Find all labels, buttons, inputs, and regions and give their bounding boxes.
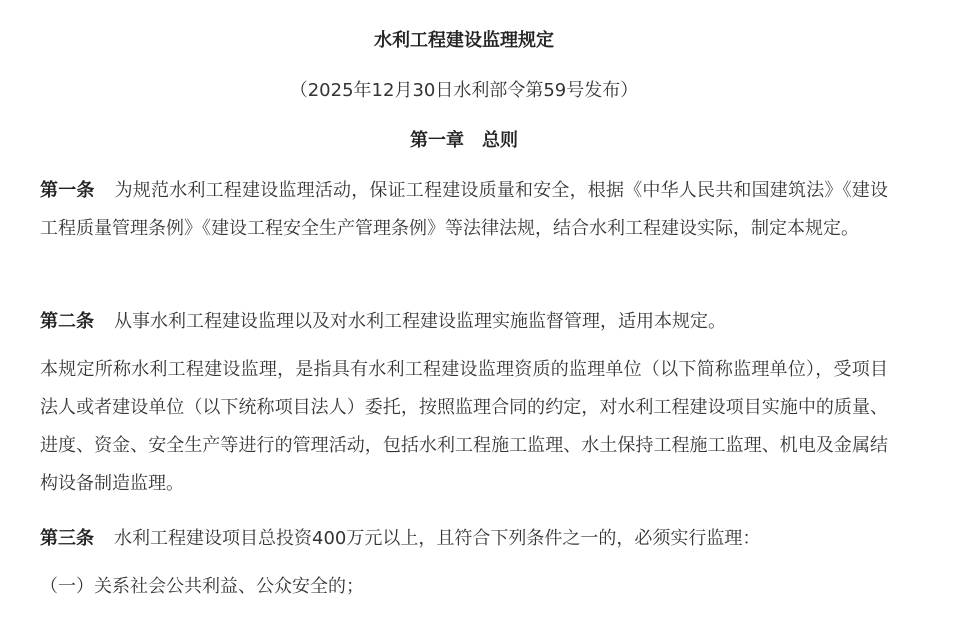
article-2-paragraph-2: 本规定所称水利工程建设监理，是指具有水利工程建设监理资质的监理单位（以下简称监理… [40, 351, 888, 503]
article-text: 水利工程建设项目总投资400万元以上，且符合下列条件之一的，必须实行监理： [114, 528, 760, 549]
article-label: 第二条 [40, 311, 94, 332]
list-item-text: （一）关系社会公共利益、公众安全的； [40, 576, 364, 597]
document-subtitle: （2025年12月30日水利部令第59号发布） [40, 78, 888, 104]
article-1: 第一条为规范水利工程建设监理活动，保证工程建设质量和安全，根据《中华人民共和国建… [40, 172, 888, 248]
chapter-heading: 第一章 总则 [40, 128, 888, 154]
article-text: 为规范水利工程建设监理活动，保证工程建设质量和安全，根据《中华人民共和国建筑法》… [40, 180, 888, 239]
article-label: 第一条 [40, 180, 95, 201]
article-text: 从事水利工程建设监理以及对水利工程建设监理实施监督管理，适用本规定。 [114, 311, 726, 332]
article-3-item-1: （一）关系社会公共利益、公众安全的； [40, 568, 888, 606]
paragraph-text: 本规定所称水利工程建设监理，是指具有水利工程建设监理资质的监理单位（以下简称监理… [40, 359, 888, 494]
article-3: 第三条水利工程建设项目总投资400万元以上，且符合下列条件之一的，必须实行监理： [40, 520, 888, 558]
article-2: 第二条从事水利工程建设监理以及对水利工程建设监理实施监督管理，适用本规定。 [40, 303, 888, 341]
document-title: 水利工程建设监理规定 [40, 28, 888, 54]
article-label: 第三条 [40, 528, 94, 549]
